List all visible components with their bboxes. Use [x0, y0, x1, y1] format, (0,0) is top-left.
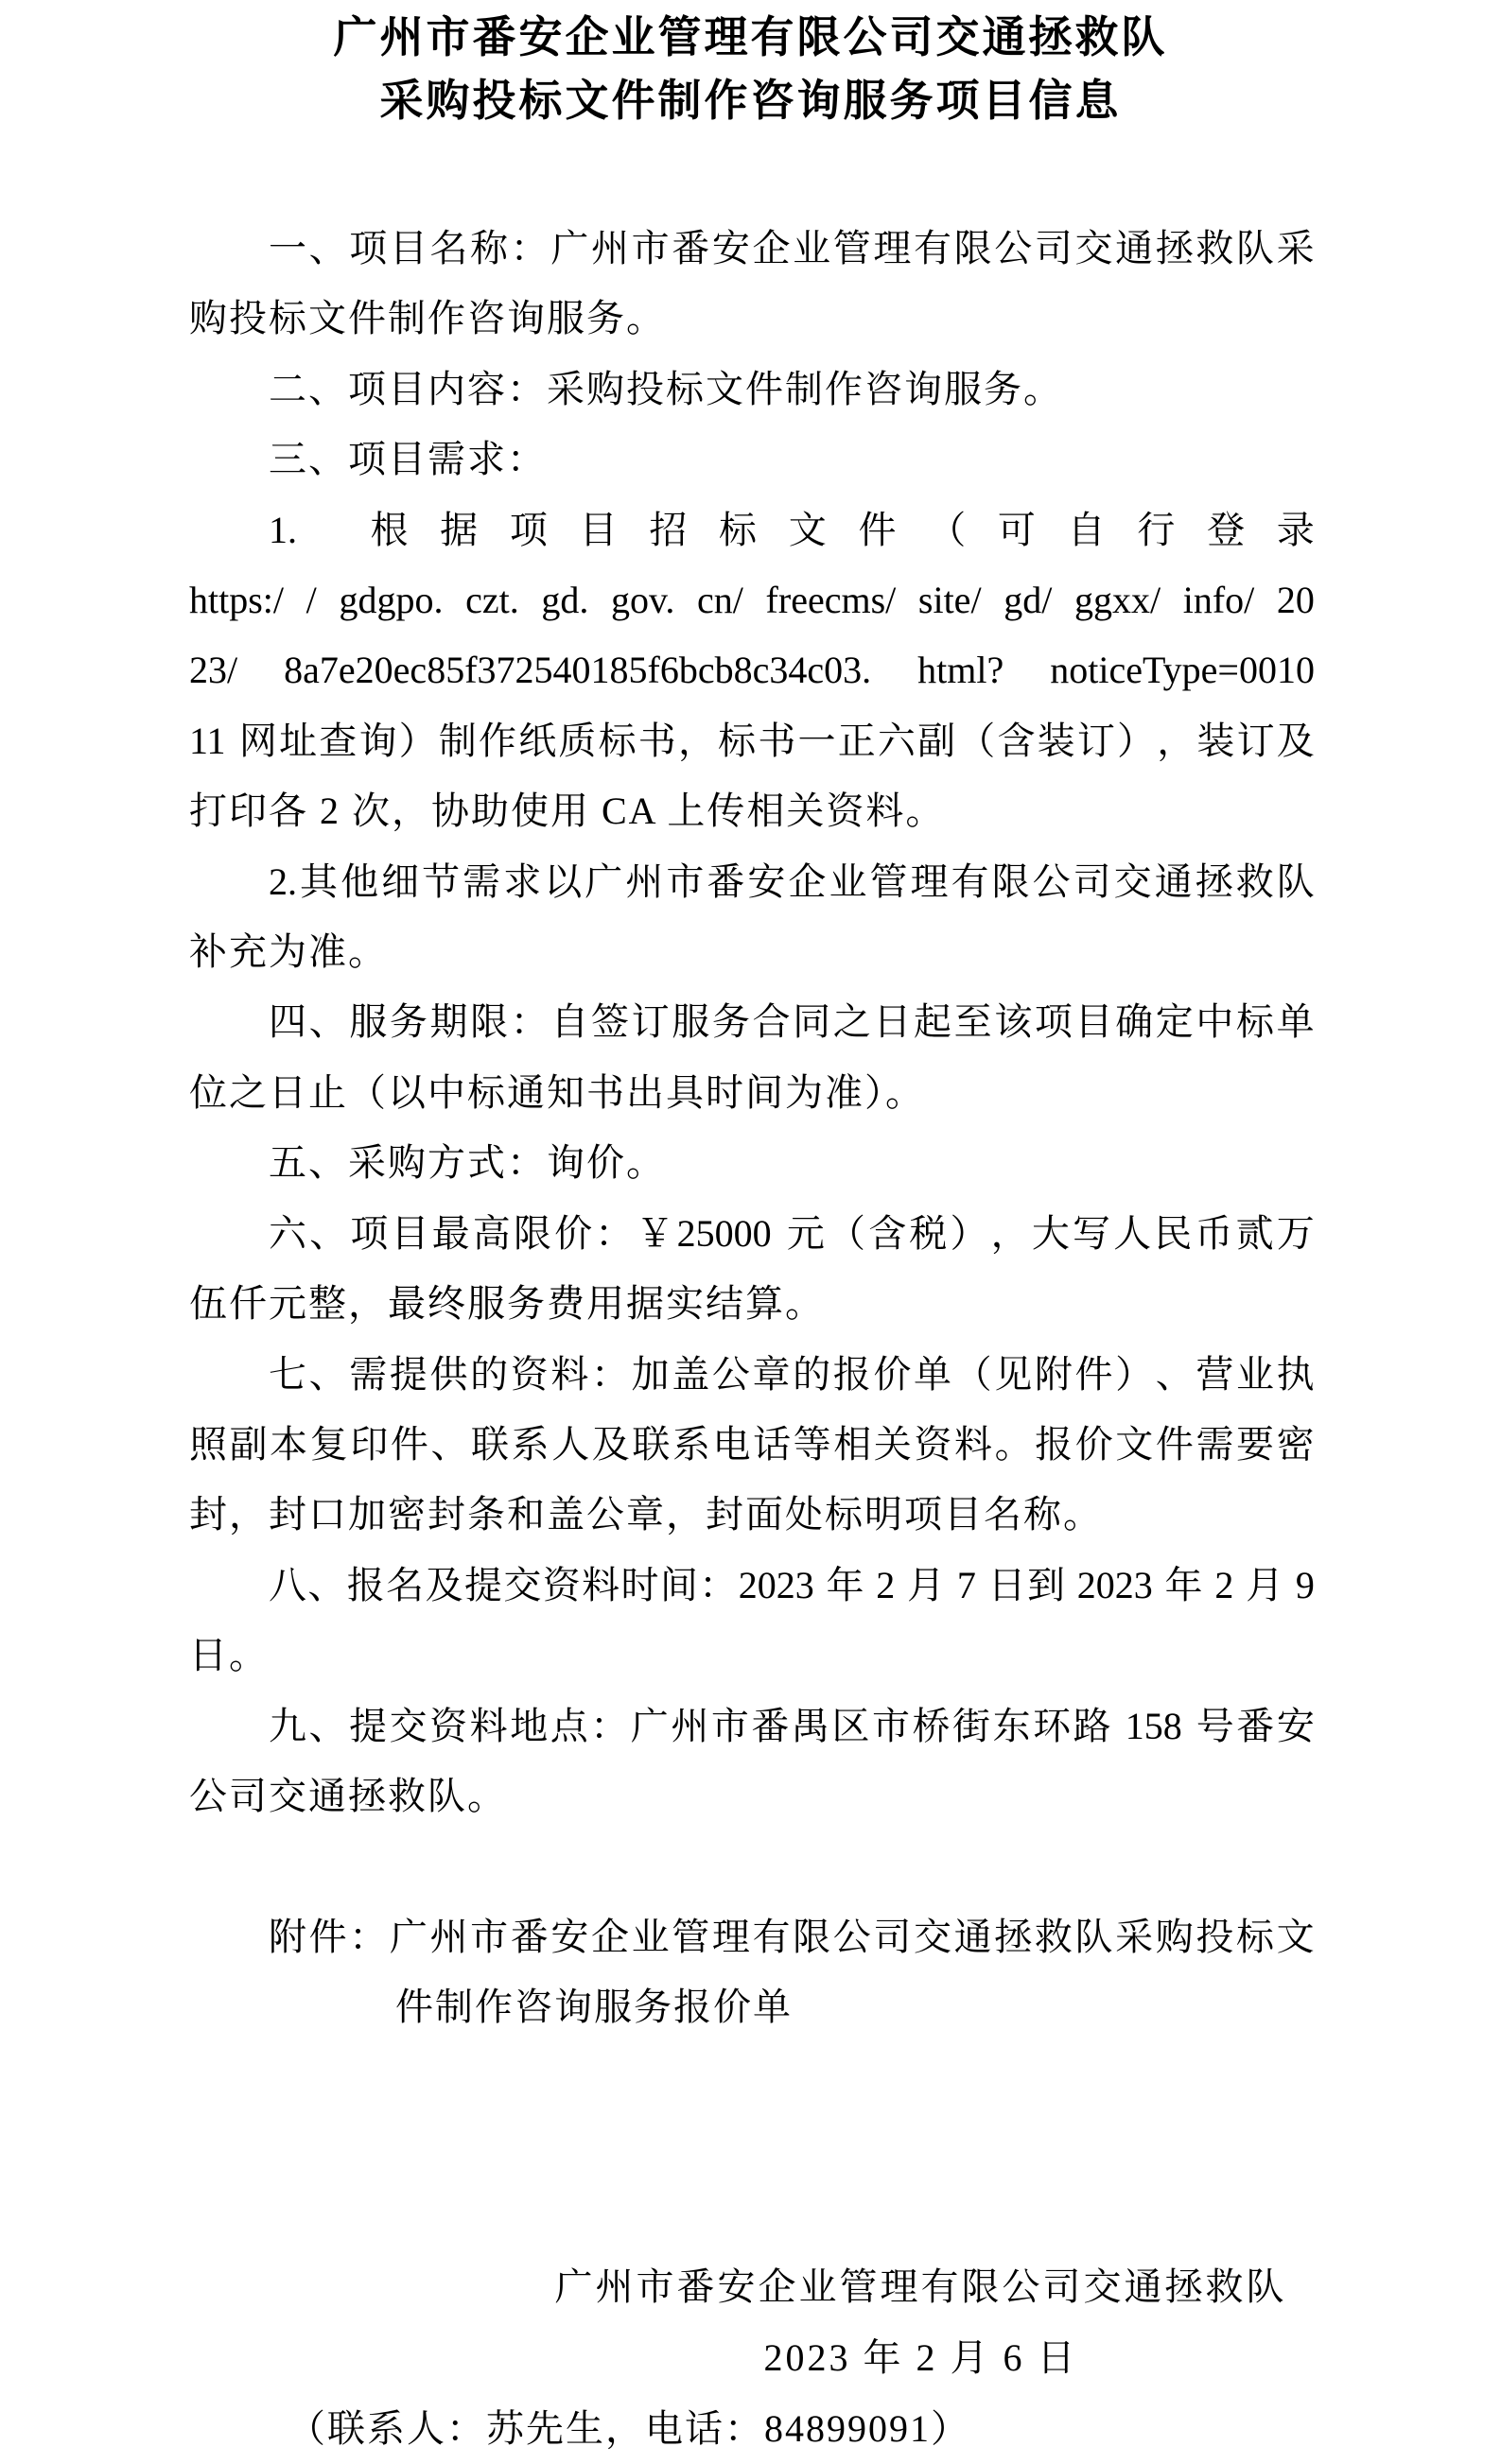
- document-title-line-2: 采购投标文件制作咨询服务项目信息: [0, 69, 1501, 132]
- body-line: 公司交通拯救队。: [189, 1761, 1315, 1831]
- body-line: 六、项目最高限价：￥25000 元（含税），大写人民币贰万: [189, 1199, 1315, 1269]
- body-line: 日。: [189, 1621, 1315, 1691]
- body-line: 11 网址查询）制作纸质标书，标书一正六副（含装订），装订及: [189, 706, 1315, 776]
- body-line: https://gdgpo.czt.gd.gov.cn/freecms/site…: [189, 565, 1315, 635]
- body-line: 一、项目名称：广州市番安企业管理有限公司交通拯救队采: [189, 214, 1315, 284]
- body-line: 1. 根据项目招标文件（可自行登录: [189, 495, 1315, 565]
- body-line: 三、项目需求：: [189, 425, 1315, 495]
- document-page: 广州市番安企业管理有限公司交通拯救队 采购投标文件制作咨询服务项目信息 一、项目…: [0, 0, 1501, 2464]
- body-line: [189, 1831, 1315, 1901]
- body-line: 封，封口加密封条和盖公章，封面处标明项目名称。: [189, 1480, 1315, 1550]
- body-line: 八、报名及提交资料时间：2023 年 2 月 7 日到 2023 年 2 月 9: [189, 1551, 1315, 1621]
- body-line: 照副本复印件、联系人及联系电话等相关资料。报价文件需要密: [189, 1410, 1315, 1480]
- body-line: 九、提交资料地点：广州市番禺区市桥街东环路 158 号番安: [189, 1692, 1315, 1761]
- closing-block: 广州市番安企业管理有限公司交通拯救队 2023 年 2 月 6 日: [0, 2251, 1501, 2393]
- contact-line: （联系人：苏先生，电话：84899091）: [288, 2393, 1501, 2464]
- body-line: 件制作咨询服务报价单: [189, 1972, 1315, 2042]
- body-line: 2.其他细节需求以广州市番安企业管理有限公司交通拯救队: [189, 847, 1315, 917]
- body-line: 五、采购方式：询价。: [189, 1128, 1315, 1198]
- document-title: 广州市番安企业管理有限公司交通拯救队 采购投标文件制作咨询服务项目信息: [0, 0, 1501, 132]
- body-line: 四、服务期限：自签订服务合同之日起至该项目确定中标单: [189, 987, 1315, 1057]
- body-line: 二、项目内容：采购投标文件制作咨询服务。: [189, 355, 1315, 425]
- body-line: 23/8a7e20ec85f372540185f6bcb8c34c03.html…: [189, 635, 1315, 705]
- closing-date: 2023 年 2 月 6 日: [340, 2322, 1501, 2393]
- closing-organization: 广州市番安企业管理有限公司交通拯救队: [340, 2251, 1501, 2322]
- body-line: 伍仟元整，最终服务费用据实结算。: [189, 1269, 1315, 1339]
- body-line: 补充为准。: [189, 917, 1315, 987]
- document-title-line-1: 广州市番安企业管理有限公司交通拯救队: [0, 6, 1501, 69]
- body-line: 附件：广州市番安企业管理有限公司交通拯救队采购投标文: [189, 1902, 1315, 1972]
- body-line: 位之日止（以中标通知书出具时间为准）。: [189, 1058, 1315, 1128]
- body-line: 七、需提供的资料：加盖公章的报价单（见附件）、营业执: [189, 1340, 1315, 1410]
- document-body: 一、项目名称：广州市番安企业管理有限公司交通拯救队采购投标文件制作咨询服务。二、…: [189, 214, 1315, 2043]
- body-line: 购投标文件制作咨询服务。: [189, 284, 1315, 354]
- body-line: 打印各 2 次，协助使用 CA 上传相关资料。: [189, 776, 1315, 846]
